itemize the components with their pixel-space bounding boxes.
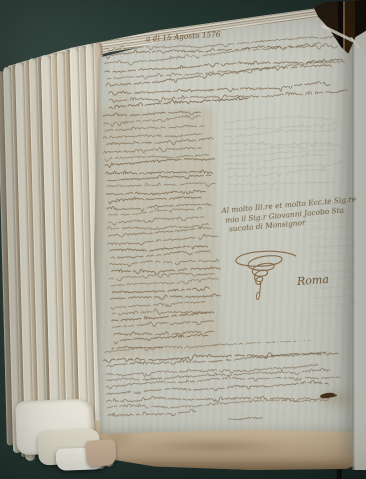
stain [98,58,142,154]
stain [140,438,290,454]
paraph-flourish [230,246,307,335]
place-name: Roma [297,273,330,288]
stain [314,384,358,412]
manuscript-photo: a dì 15 Agosto 1576 Al molto Ill.re et m… [0,0,366,479]
page-corner [85,439,117,467]
